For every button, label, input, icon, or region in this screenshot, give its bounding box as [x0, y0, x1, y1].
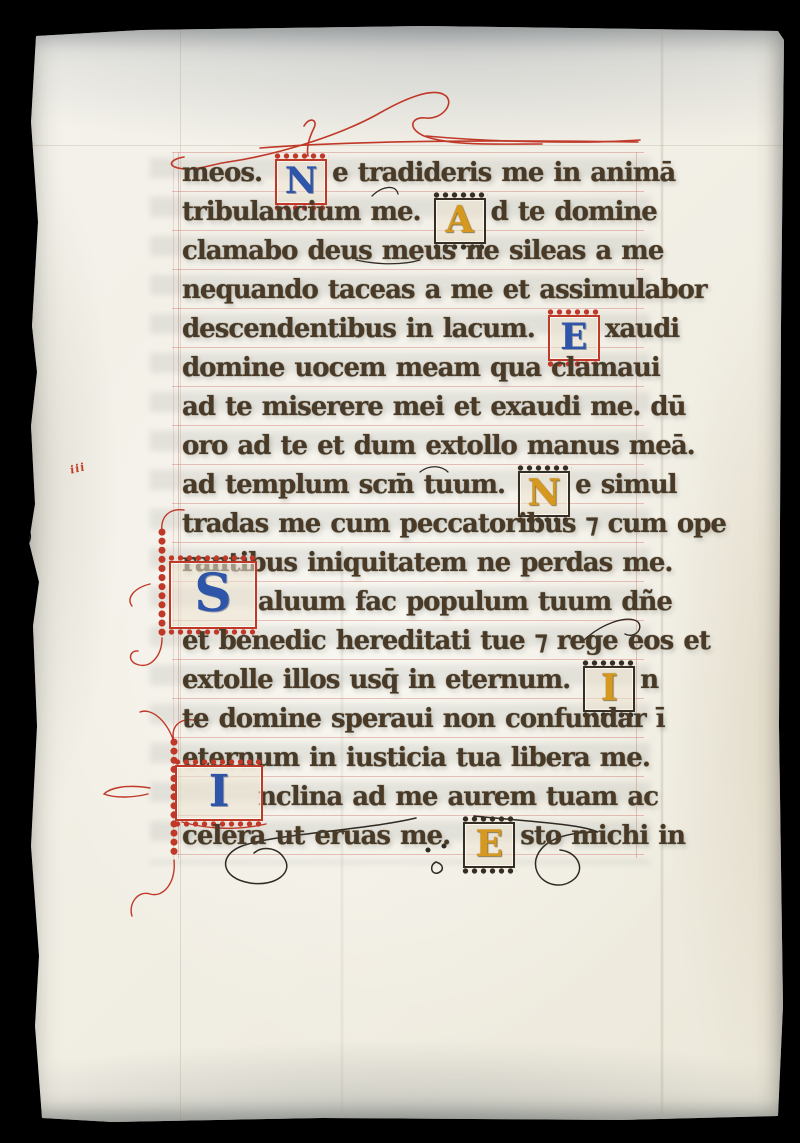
text-line: meos. Ne tradideris me in animā — [182, 154, 642, 193]
line-text: te domine speraui non confundar ī — [182, 704, 665, 734]
line-text: meos. — [182, 158, 272, 188]
text-line: ad templum scm̄ tuum. Ne simul — [182, 466, 642, 505]
text-line: Saluum fac populum tuum dñe — [182, 583, 642, 622]
line-text: sto michi in — [520, 821, 685, 851]
line-text: nclina ad me aurem tuam ac — [258, 782, 658, 812]
line-text: descendentibus in lacum. — [182, 314, 545, 344]
edge-notch — [21, 345, 33, 363]
text-line: tradas me cum peccatoribus ⁊ cum ope — [182, 505, 642, 544]
illuminated-initial-e: E — [463, 822, 515, 868]
line-text: clamabo deus meus ne sileas a me — [182, 236, 663, 266]
line-text: d te domine — [491, 197, 657, 227]
line-text: e simul — [575, 470, 676, 500]
illuminated-initial-i: I — [175, 765, 263, 821]
text-line: tribulancium me. Ad te domine — [182, 193, 642, 232]
text-line: descendentibus in lacum. Exaudi — [182, 310, 642, 349]
line-text: domine uocem meam qua clamaui — [182, 353, 660, 383]
margin-guide-mark: iii — [69, 460, 87, 476]
line-text: oro ad te et dum extollo manus meā. — [182, 431, 695, 461]
illuminated-initial-s: S — [169, 561, 257, 629]
line-text: celera ut eruas me. — [182, 821, 460, 851]
edge-notch — [19, 978, 32, 1009]
frame-line-horizontal — [22, 145, 784, 146]
text-block: meos. Ne tradideris me in animātribulanc… — [182, 154, 642, 856]
text-line: et benedic hereditati tue ⁊ rege eos et — [182, 622, 642, 661]
page-background: { "artifact": { "type": "illuminated man… — [0, 0, 800, 1143]
line-text: extolle illos usq̄ in eternum. — [182, 665, 580, 695]
text-line: ad te miserere mei et exaudi me. dū — [182, 388, 642, 427]
line-text: xaudi — [605, 314, 679, 344]
line-text: e tradideris me in animā — [332, 158, 675, 188]
line-text: ad te miserere mei et exaudi me. dū — [182, 392, 686, 422]
manuscript-leaf: iii meos. Ne tradideris me in animātribu… — [22, 26, 784, 1122]
edge-notch — [21, 528, 32, 547]
line-text: aluum fac populum tuum dñe — [258, 587, 672, 617]
edge-notch — [19, 493, 34, 520]
line-text: ad templum scm̄ tuum. — [182, 470, 515, 500]
line-text: n — [640, 665, 658, 695]
text-line: domine uocem meam qua clamaui — [182, 349, 642, 388]
text-line: Inclina ad me aurem tuam ac — [182, 778, 642, 817]
line-text: tribulancium me. — [182, 197, 431, 227]
text-line: te domine speraui non confundar ī — [182, 700, 642, 739]
text-line: nequando taceas a me et assimulabor — [182, 271, 642, 310]
line-text: et benedic hereditati tue ⁊ rege eos et — [182, 626, 710, 656]
text-line: oro ad te et dum extollo manus meā. — [182, 427, 642, 466]
text-line: clamabo deus meus ne sileas a me — [182, 232, 642, 271]
text-line: celera ut eruas me. Esto michi in — [182, 817, 642, 856]
line-text: tradas me cum peccatoribus ⁊ cum ope — [182, 509, 726, 539]
text-line: extolle illos usq̄ in eternum. In — [182, 661, 642, 700]
edge-notch — [20, 1033, 31, 1052]
line-text: nequando taceas a me et assimulabor — [182, 275, 707, 305]
